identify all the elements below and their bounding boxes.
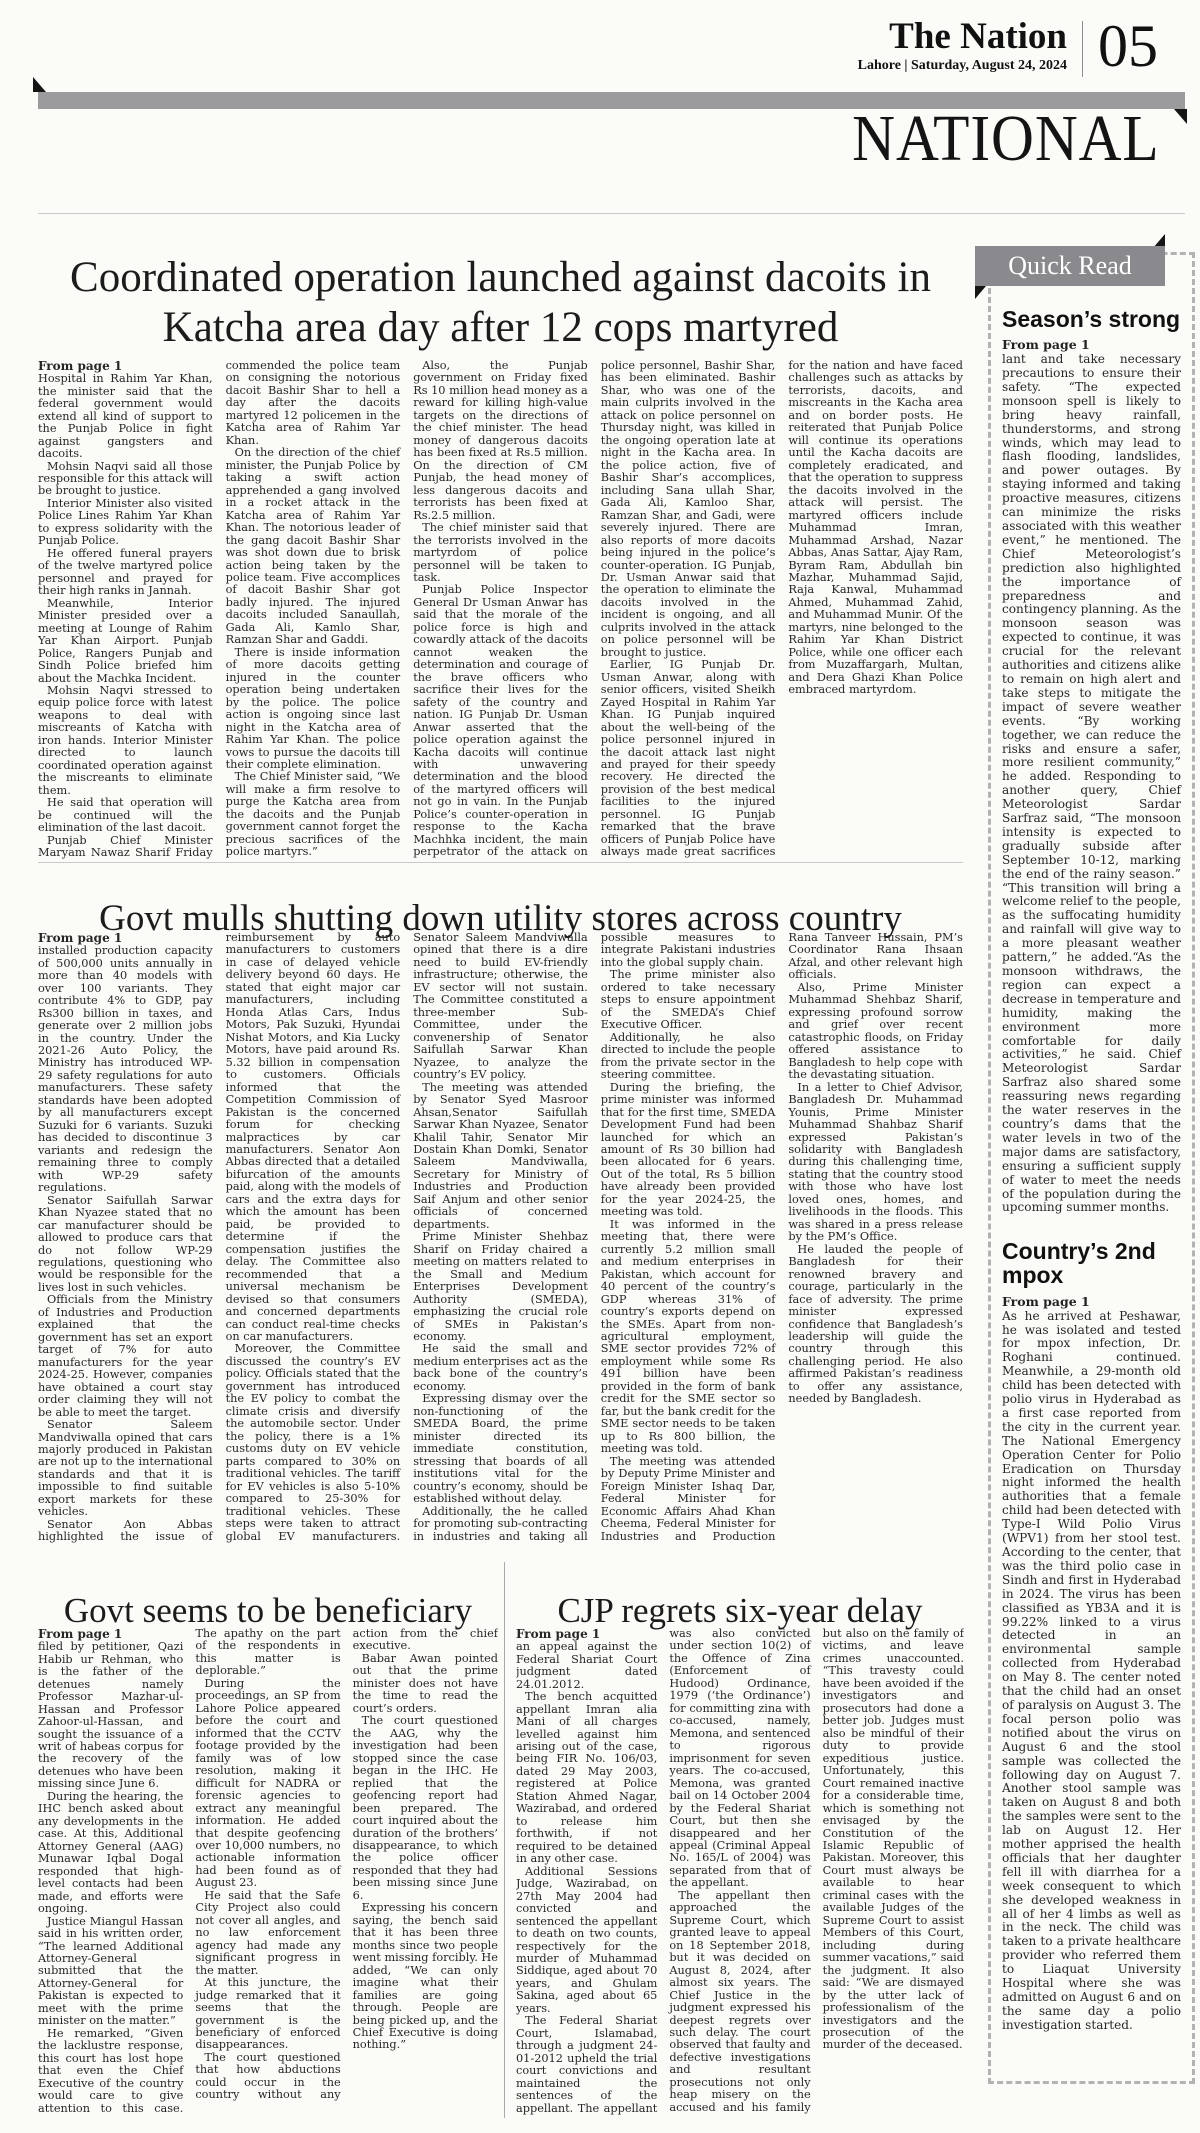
- paragraph: Senator Saleem Mandviwalla opined that c…: [38, 1419, 213, 1519]
- paragraph: At this juncture, the judge remarked tha…: [195, 1977, 340, 2052]
- from-page-label: From page 1: [1002, 1294, 1181, 1309]
- paragraph: In a letter to Chief Advisor, Bangladesh…: [788, 1082, 963, 1244]
- masthead-divider: [1082, 21, 1083, 77]
- paragraph: Expressing dismay over the non-functioni…: [413, 1393, 588, 1505]
- quickread-story-title: Country’s 2nd mpox: [1002, 1239, 1181, 1287]
- ribbon-fold-left: [33, 77, 46, 92]
- article-dacoits-body: From page 1 Hospital in Rahim Yar Khan, …: [38, 360, 963, 860]
- dateline: Lahore | Saturday, August 24, 2024: [858, 58, 1067, 74]
- paragraph: installed production capacity of 500,000…: [38, 945, 213, 1194]
- paragraph: The chief minister said that the terrori…: [413, 522, 588, 584]
- paragraph: Prime Minister Shehbaz Sharif on Friday …: [413, 1231, 588, 1343]
- paragraph: The court questioned the AAG, why the in…: [353, 1715, 498, 1902]
- paragraph: Hospital in Rahim Yar Khan, the minister…: [38, 373, 213, 460]
- headline-beneficiary: Govt seems to be beneficiary: [38, 1593, 498, 1630]
- paragraph: Officials from the Ministry of Industrie…: [38, 1294, 213, 1419]
- quickread-fold-bottom-left: [975, 286, 986, 299]
- paragraph: During the hearing, the IHC bench asked …: [38, 1791, 183, 1916]
- quickread-story-title: Season’s strong: [1002, 307, 1181, 331]
- ribbon-fold-right: [1174, 109, 1187, 124]
- paragraph: Interior Minister also visited Police Li…: [38, 498, 213, 548]
- paragraph: an appeal against the Federal Shariat Co…: [516, 1641, 657, 1691]
- from-page-label: From page 1: [516, 1628, 657, 1641]
- article-utility-stores-text: installed production capacity of 500,000…: [38, 932, 963, 1550]
- paragraph: During the proceedings, an SP from Lahor…: [195, 1678, 340, 1890]
- quickread-story-text: As he arrived at Peshawar, he was isolat…: [1002, 1310, 1181, 2033]
- paragraph: Mohsin Naqvi stressed to equip police fo…: [38, 685, 213, 797]
- paragraph: Meanwhile, Interior Minister presided ov…: [38, 598, 213, 685]
- paragraph: The meeting was attended by Senator Syed…: [413, 1082, 588, 1232]
- article-cjp-text: an appeal against the Federal Shariat Co…: [516, 1628, 964, 2122]
- rule-under-section: [38, 213, 1185, 214]
- paragraph: As he arrived at Peshawar, he was isolat…: [1002, 1310, 1181, 2033]
- headline-dacoits: Coordinated operation launched against d…: [38, 253, 963, 353]
- masthead: The Nation Lahore | Saturday, August 24,…: [858, 18, 1158, 77]
- quickread-story-mpox: Country’s 2nd mpox From page 1 As he arr…: [1002, 1239, 1181, 2032]
- paragraph: During the briefing, the prime minister …: [601, 1082, 776, 1219]
- article-utility-stores-body: From page 1 installed production capacit…: [38, 932, 963, 1550]
- paragraph: He said that operation will be continued…: [38, 797, 213, 834]
- paragraph: He said the small and medium enterprises…: [413, 1343, 588, 1393]
- paragraph: Additional Sessions Judge, Wazirabad, on…: [516, 1866, 657, 2016]
- quick-read-header: Quick Read: [975, 246, 1165, 286]
- from-page-label: From page 1: [38, 360, 213, 373]
- paragraph: He offered funeral prayers of the twelve…: [38, 548, 213, 598]
- paragraph: Additionally, he also directed to includ…: [601, 1032, 776, 1082]
- from-page-label: From page 1: [38, 1628, 183, 1641]
- rule-between-articles: [38, 862, 963, 863]
- masthead-title-block: The Nation Lahore | Saturday, August 24,…: [858, 18, 1067, 74]
- paragraph: filed by petitioner, Qazi Habib ur Rehma…: [38, 1641, 183, 1791]
- paragraph: Justice Miangul Hassan said in his writt…: [38, 1916, 183, 2028]
- page-number: 05: [1098, 18, 1158, 75]
- quickread-story-text: lant and take necessary precautions to e…: [1002, 353, 1181, 1215]
- article-beneficiary-text: filed by petitioner, Qazi Habib ur Rehma…: [38, 1628, 498, 2122]
- quickread-story-seasons: Season’s strong From page 1 lant and tak…: [1002, 307, 1181, 1215]
- article-beneficiary-body: From page 1 filed by petitioner, Qazi Ha…: [38, 1628, 498, 2122]
- paragraph: lant and take necessary precautions to e…: [1002, 353, 1181, 1215]
- paragraph: It was informed in the meeting that, the…: [601, 1219, 776, 1456]
- paragraph: Babar Awan pointed out that the prime mi…: [353, 1653, 498, 1715]
- paragraph: The bench acquitted appellant Imran alia…: [516, 1691, 657, 1866]
- paragraph: On the direction of the chief minister, …: [226, 447, 401, 647]
- paper-name: The Nation: [858, 18, 1067, 55]
- newspaper-page: The Nation Lahore | Saturday, August 24,…: [0, 0, 1200, 2133]
- paragraph: Also, the Punjab government on Friday fi…: [413, 360, 588, 522]
- paragraph: Expressing his concern saying, the bench…: [353, 1902, 498, 2052]
- paragraph: He said that the Safe City Project also …: [195, 1890, 340, 1977]
- article-cjp-body: From page 1 an appeal against the Federa…: [516, 1628, 964, 2122]
- section-title: NATIONAL: [853, 104, 1160, 173]
- paragraph: Mohsin Naqvi said all those responsible …: [38, 461, 213, 498]
- quick-read-sidebar: Season’s strong From page 1 lant and tak…: [988, 252, 1195, 2084]
- paragraph: He lauded the people of Bangladesh for t…: [788, 1244, 963, 1406]
- from-page-label: From page 1: [1002, 337, 1181, 352]
- bottom-column-divider: [504, 1562, 505, 2118]
- from-page-label: From page 1: [38, 932, 213, 945]
- paragraph: There is inside information of more daco…: [226, 647, 401, 772]
- paragraph: The Chief Minister said, “We will make a…: [226, 771, 401, 858]
- paragraph: Also, Prime Minister Muhammad Shehbaz Sh…: [788, 982, 963, 1082]
- headline-cjp: CJP regrets six-year delay: [516, 1593, 964, 1630]
- article-dacoits-text: Hospital in Rahim Yar Khan, the minister…: [38, 360, 963, 860]
- paragraph: Senator Saifullah Sarwar Khan Nyazee sta…: [38, 1195, 213, 1295]
- paragraph: The prime minister also ordered to take …: [601, 969, 776, 1031]
